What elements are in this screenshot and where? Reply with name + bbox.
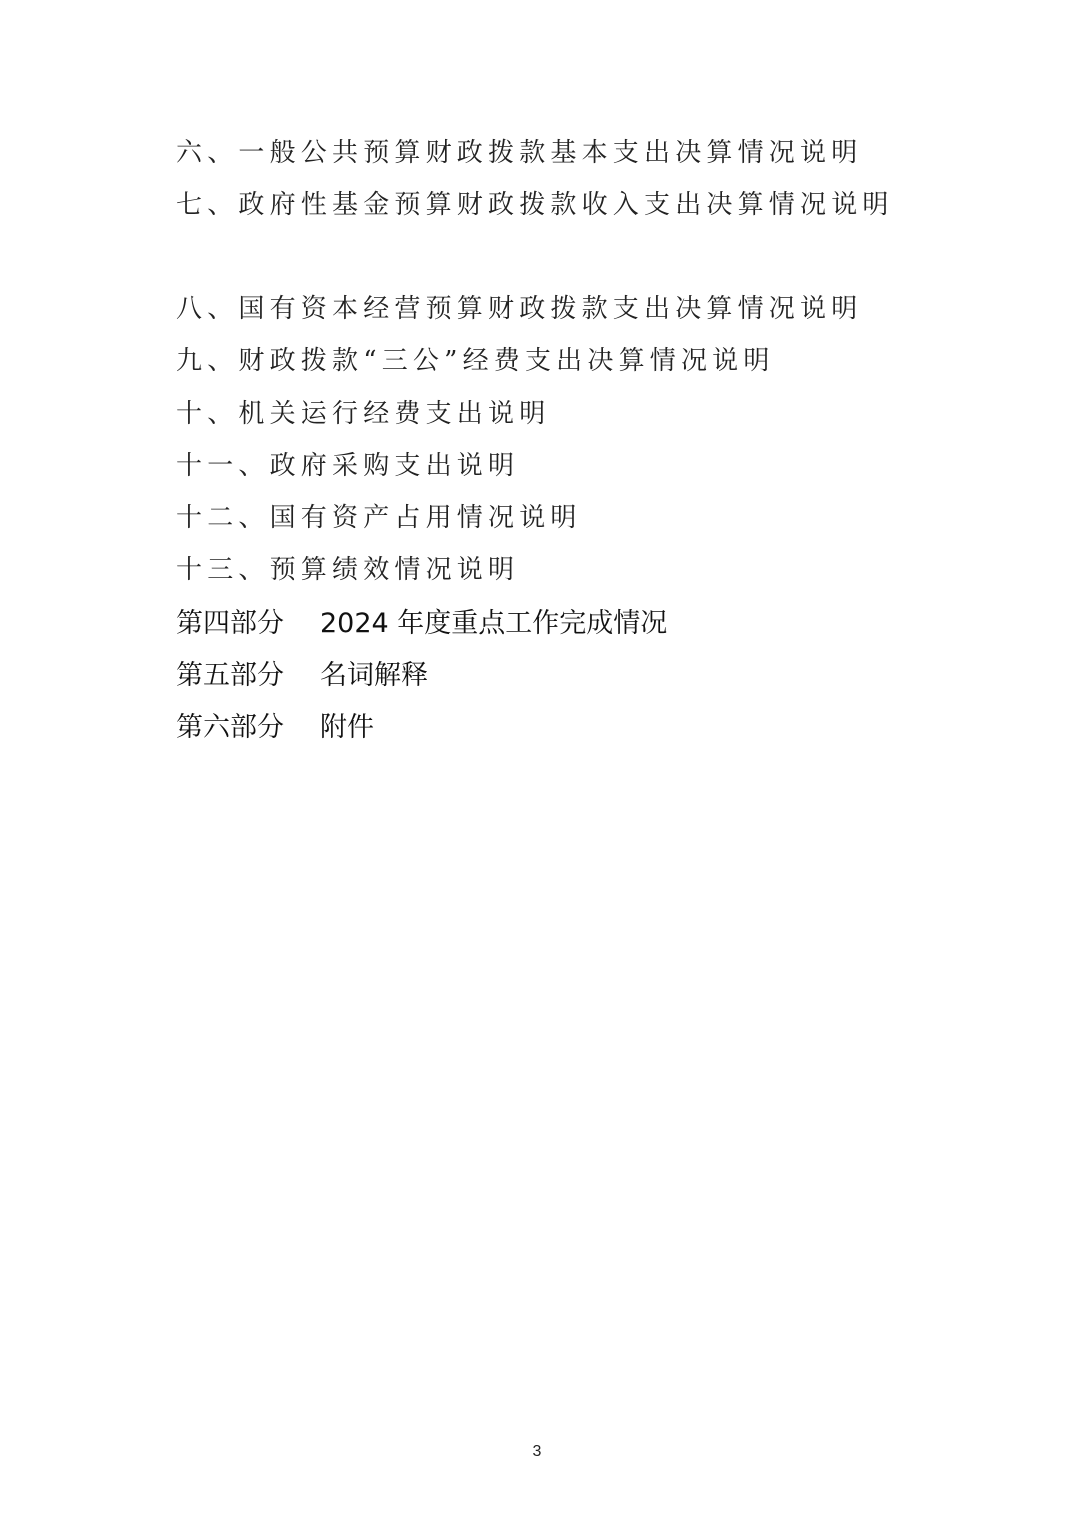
- toc-item-8: 八、国有资本经营预算财政拨款支出决算情况说明: [176, 288, 862, 325]
- part-title: 名词解释: [320, 660, 428, 691]
- toc-item-12: 十二、国有资产占用情况说明: [176, 497, 582, 534]
- part-number: 第四部分: [176, 601, 320, 640]
- toc-item-9: 九、财政拨款“三公”经费支出决算情况说明: [176, 340, 775, 377]
- page-number: 3: [0, 1443, 1074, 1461]
- toc-part-5: 第五部分名词解释: [176, 653, 428, 692]
- part-number: 第五部分: [176, 653, 320, 692]
- part-title: 2024 年度重点工作完成情况: [320, 608, 667, 639]
- toc-item-10: 十、机关运行经费支出说明: [176, 393, 550, 430]
- part-number: 第六部分: [176, 705, 320, 744]
- toc-part-6: 第六部分附件: [176, 705, 374, 744]
- toc-item-11: 十一、政府采购支出说明: [176, 445, 519, 482]
- toc-item-13: 十三、预算绩效情况说明: [176, 549, 519, 586]
- document-page: 六、一般公共预算财政拨款基本支出决算情况说明 七、政府性基金预算财政拨款收入支出…: [0, 0, 1074, 1520]
- part-title: 附件: [320, 712, 374, 743]
- toc-item-6: 六、一般公共预算财政拨款基本支出决算情况说明: [176, 132, 862, 169]
- toc-part-4: 第四部分2024 年度重点工作完成情况: [176, 601, 667, 640]
- toc-item-7: 七、政府性基金预算财政拨款收入支出决算情况说明: [176, 184, 894, 221]
